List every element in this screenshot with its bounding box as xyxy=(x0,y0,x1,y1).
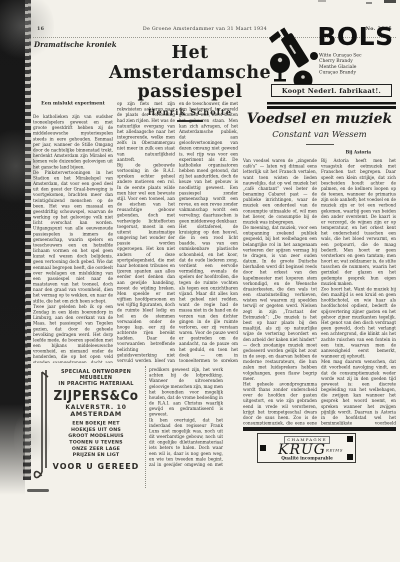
right-article-title: Voedsel en muziek xyxy=(243,111,396,127)
right-article-column-d-text: Van voedsel waren de „zingende café's” —… xyxy=(243,158,317,425)
article-column-b-lower: predikers geweest zijn, het werk achten … xyxy=(149,367,223,468)
scan-smudge-bottom-left xyxy=(27,489,49,492)
article-title-line2: passiespel xyxy=(108,83,272,103)
krug-corner-square xyxy=(260,445,266,451)
right-article-column-e: Bij Astoria heeft men het vraagstuk der … xyxy=(321,158,396,425)
zijpers-brand: ZIJPERS&Co xyxy=(49,388,143,404)
bols-brand: BOLS xyxy=(315,22,396,51)
scan-mark-top-right xyxy=(384,0,396,3)
article-column-c-text: en de toeschouwer, die met den besten wi… xyxy=(179,101,238,362)
article-title-line1: Het Amsterdamsche xyxy=(108,44,272,83)
zijpers-footer: VOOR U GEREED xyxy=(49,461,143,471)
krug-corner-square xyxy=(347,454,353,460)
scan-mark-top xyxy=(318,0,326,2)
zijpers-address-line1: KALVERSTR. 10 xyxy=(49,404,143,411)
article-column-c: en de toeschouwer, die met den besten wi… xyxy=(179,101,238,362)
right-article-title-block: Voedsel en muziek Constant van Wessem xyxy=(243,111,396,145)
bols-product: Curaçao Brandy xyxy=(319,70,396,76)
bols-slogan: Koopt Nederl. fabrikaat!. xyxy=(271,84,392,97)
masthead: De Groene Amsterdammer van 31 Maart 1934 xyxy=(143,26,267,32)
right-article-end-rule xyxy=(243,427,396,431)
right-article-column-d: Van voedsel waren de „zingende café's” —… xyxy=(243,158,317,425)
article-subheading: Een mislukt experiment xyxy=(33,101,113,107)
scan-border-left xyxy=(0,0,25,505)
bols-ad: BOLS Witte Curaçao Sec Cherry Brandy Men… xyxy=(267,26,396,110)
article-column-b-text: op zijn fiets met zijn rekwisieten achte… xyxy=(117,101,175,362)
page-number: 16 xyxy=(37,26,44,32)
zijpers-address-line2: AMSTERDAM xyxy=(49,411,143,419)
zijpers-headline-line: IN PRACHTIG MATERIAAL xyxy=(49,381,143,387)
krug-tagline: Qualité incomparable xyxy=(272,456,342,462)
krug-corner-square xyxy=(347,436,353,442)
article-column-a-text: De katholieken zijn van oudsher tooneels… xyxy=(33,114,113,363)
bols-product-list: Witte Curaçao Sec Cherry Brandy Menthe G… xyxy=(319,53,396,79)
right-article-author: Constant van Wessem xyxy=(243,130,396,140)
article-kicker: Dramatische kroniek xyxy=(34,40,117,49)
krug-city: REIMS xyxy=(326,448,354,454)
right-article-subheading: Bij Astoria xyxy=(243,150,386,157)
right-author-rule xyxy=(306,144,334,145)
newspaper-page: 16 De Groene Amsterdammer van 31 Maart 1… xyxy=(0,0,400,562)
article-column-a: Een mislukt experiment De katholieken zi… xyxy=(33,95,113,363)
zijpers-ad: SPECIAAL ONTWORPEN MEUBELEN IN PRACHTIG … xyxy=(33,366,146,488)
article-column-b-lower-text: predikers geweest zijn, het werk achten … xyxy=(149,367,223,468)
scan-border-ragged-edge xyxy=(23,0,31,480)
zijpers-ad-content: SPECIAAL ONTWORPEN MEUBELEN IN PRACHTIG … xyxy=(49,369,143,487)
right-article-column-e-text: Bij Astoria heeft men het vraagstuk der … xyxy=(321,158,396,425)
zijpers-body-line: PRIJZEN EN LIGT xyxy=(49,452,143,458)
scan-mark-top-right xyxy=(366,2,372,4)
krug-ad: CHAMPAGNE KRUG REIMS Qualité incomparabl… xyxy=(257,433,356,463)
article-column-b: op zijn fiets met zijn rekwisieten achte… xyxy=(117,101,175,362)
bols-divider-bar xyxy=(267,102,396,109)
